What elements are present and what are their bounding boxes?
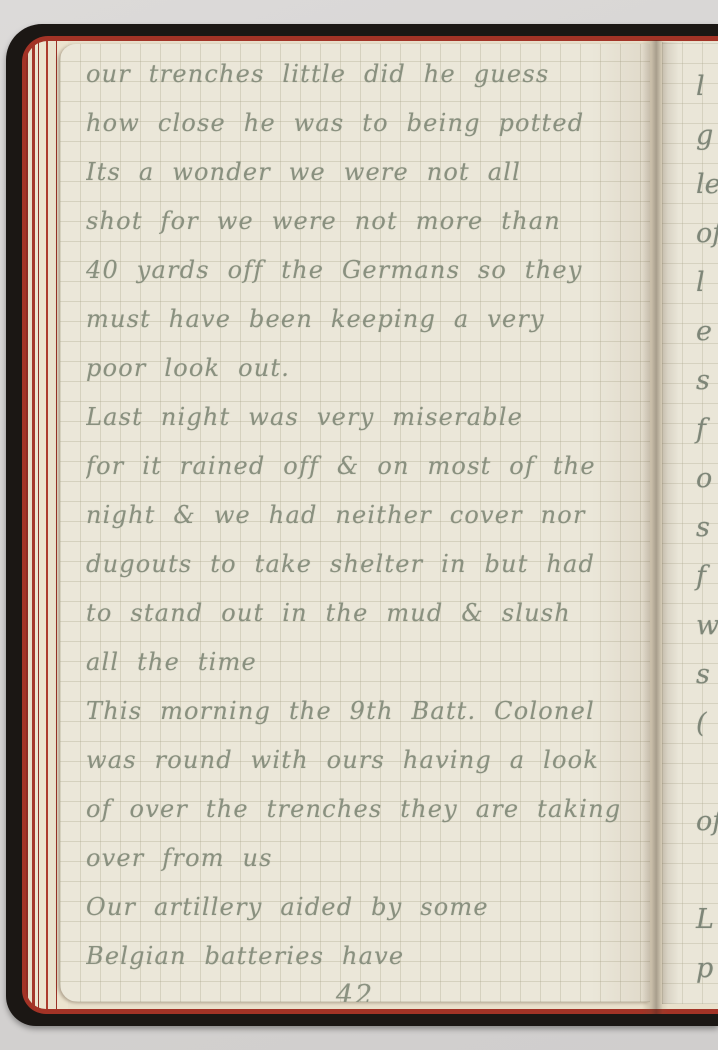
handwriting-line: dugouts to take shelter in but had xyxy=(86,540,648,589)
handwriting-line: Belgian batteries have xyxy=(86,932,648,981)
fragment: f xyxy=(696,552,718,601)
fragment: s xyxy=(696,356,718,405)
fragment: e xyxy=(696,307,718,356)
fragment: f xyxy=(696,405,718,454)
handwriting-line: for it rained off & on most of the xyxy=(86,442,648,491)
fragment: p xyxy=(696,944,718,993)
fragment: w xyxy=(696,601,718,650)
handwriting-line: 40 yards off the Germans so they xyxy=(86,246,648,295)
fragment: l xyxy=(696,62,718,111)
handwriting-line: our trenches little did he guess xyxy=(86,50,648,99)
notebook-cover: our trenches little did he guess how clo… xyxy=(6,24,718,1026)
handwriting-line: must have been keeping a very xyxy=(86,295,648,344)
fragment: ( xyxy=(696,699,718,748)
handwriting-line: poor look out. xyxy=(86,344,648,393)
fragment xyxy=(696,748,718,797)
fragment: o xyxy=(696,454,718,503)
fragment: of xyxy=(696,797,718,846)
right-page-sliver: l g le of l e s f o s f w s ( of L p xyxy=(662,42,718,1004)
handwriting-line: shot for we were not more than xyxy=(86,197,648,246)
handwriting-line: Its a wonder we were not all xyxy=(86,148,648,197)
fragment: s xyxy=(696,503,718,552)
fragment: l xyxy=(696,258,718,307)
fragment: g xyxy=(696,111,718,160)
handwriting-line: night & we had neither cover nor xyxy=(86,491,648,540)
handwriting-line: Last night was very miserable xyxy=(86,393,648,442)
fragment: of xyxy=(696,209,718,258)
page-number: 42 xyxy=(60,980,650,1002)
fragment: s xyxy=(696,650,718,699)
fragment: le xyxy=(696,160,718,209)
handwriting-line: This morning the 9th Batt. Colonel xyxy=(86,687,648,736)
handwriting-line: all the time xyxy=(86,638,648,687)
fragment: L xyxy=(696,895,718,944)
left-page: our trenches little did he guess how clo… xyxy=(60,44,650,1002)
handwriting-line: to stand out in the mud & slush xyxy=(86,589,648,638)
facing-page-text-fragments: l g le of l e s f o s f w s ( of L p xyxy=(696,62,718,993)
handwritten-text: our trenches little did he guess how clo… xyxy=(86,50,648,1002)
fragment xyxy=(696,846,718,895)
handwriting-line: of over the trenches they are taking xyxy=(86,785,648,834)
handwriting-line: was round with ours having a look xyxy=(86,736,648,785)
handwriting-line: how close he was to being potted xyxy=(86,99,648,148)
handwriting-line: over from us xyxy=(86,834,648,883)
handwriting-line: Our artillery aided by some xyxy=(86,883,648,932)
